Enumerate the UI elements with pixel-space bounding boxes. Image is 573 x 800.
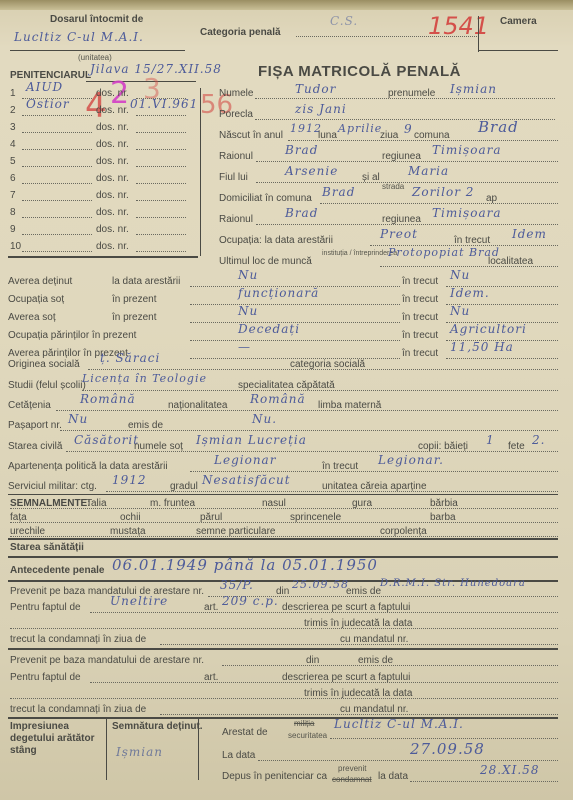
detail-trecut-value: 11,50 Ha [450, 340, 514, 354]
dosar-label: Dosarul întocmit de [50, 14, 143, 25]
document-title: FIȘA MATRICOLĂ PENALĂ [258, 63, 461, 80]
m1-art-value: 209 c.p. [222, 594, 279, 608]
dosar-row-num: 9 [10, 224, 16, 235]
domiciliat-value: Brad [322, 185, 355, 199]
raionul-value: Brad [285, 143, 318, 157]
depus-data-label: la data [378, 771, 408, 782]
numele-label: Numele [219, 88, 253, 99]
detail-trecut-value: Nu [450, 304, 470, 318]
unitatea-label: (unitatea) [78, 53, 112, 62]
militia-label: miliția [294, 719, 314, 728]
impresiunea-label: Impresiunea degetului arătător stâng [10, 721, 102, 757]
ocupatia-value: Preot [380, 227, 418, 241]
numele-sot-value: Ișmian Lucreția [196, 433, 307, 447]
detail-label: Ocupația soț [8, 294, 64, 305]
categoria-value: C.S. [330, 14, 358, 28]
comuna-value: Brad [478, 118, 519, 136]
dosar-row-label: dos. nr. [96, 173, 129, 184]
cetatenia-label: Cetățenia [8, 400, 51, 411]
dosar-row-num: 2 [10, 105, 16, 116]
securitatea-label: securitatea [288, 731, 327, 740]
strada-label: strada [382, 182, 404, 191]
sanatate-label: Starea sănătății [10, 542, 84, 553]
strada-value: Zorilor 2 [412, 185, 474, 199]
m1-din-value: 25.09.58 [292, 578, 349, 591]
antecedente-label: Antecedente penale [10, 565, 104, 576]
detail-trecut-label: în trecut [402, 312, 438, 323]
ultimul-loc-value: Protopopiat Brad [388, 246, 500, 259]
dosar-row-num: 10 [10, 241, 21, 252]
detail-trecut-label: în trecut [402, 276, 438, 287]
pasaport-value: Nu [68, 412, 88, 426]
la-data-value: 27.09.58 [410, 740, 485, 758]
dosar-value: Lucltiz C-ul M.A.I. [14, 30, 144, 44]
la-data-label: La data [222, 750, 255, 761]
detail-trecut-label: în trecut [402, 330, 438, 341]
antecedente-value: 06.01.1949 până la 05.01.1950 [112, 556, 378, 574]
dosar-row-value: 01.VI.961 [130, 97, 198, 111]
semnatura-label: Semnătura deținut. [112, 721, 203, 732]
fiul-label: Fiul lui [219, 172, 248, 183]
dosar-row-num: 7 [10, 190, 16, 201]
si-al-value: Maria [408, 164, 449, 178]
detail-mid-label: în prezent [112, 294, 156, 305]
detail-value: — [238, 340, 251, 354]
stamp-number: 1541 [428, 12, 489, 40]
porecla-label: Porecla [219, 109, 253, 120]
luna-value: Aprilie [338, 122, 382, 135]
dosare-divider [200, 88, 201, 256]
m1-faptul-label: Pentru faptul de [10, 602, 81, 613]
dosar-row-label: dos. nr. [96, 156, 129, 167]
cetatenia-value: Română [80, 392, 136, 406]
m2-prevenit-label: Prevenit pe baza mandatului de arestare … [10, 655, 204, 666]
regiunea2-value: Timișoara [432, 206, 502, 220]
detail-label: Averea deținut [8, 276, 72, 287]
detail-label: Averea soț [8, 312, 56, 323]
politica-value: Legionar [214, 453, 276, 467]
fiul-value: Arsenie [285, 164, 338, 178]
m2-faptul-label: Pentru faptul de [10, 672, 81, 683]
dosar-row-label: dos. nr. [96, 105, 129, 116]
detail-value: Decedați [238, 322, 300, 336]
detail-value: Nu [238, 268, 258, 282]
dosar-row-num: 4 [10, 139, 16, 150]
m1-trecut-label: trecut la condamnați în ziua de [10, 634, 146, 645]
dosar-row-label: dos. nr. [96, 88, 129, 99]
militar-ctg: 1912 [112, 473, 147, 487]
ocupatia-label: Ocupația: la data arestării [219, 235, 333, 246]
origine-label: Originea socială [8, 359, 80, 370]
numele-value: Tudor [295, 82, 336, 96]
fete-value: 2. [532, 433, 545, 447]
dosar-row-label: dos. nr. [96, 241, 129, 252]
raionul2-value: Brad [285, 206, 318, 220]
dosar-row-place: AIUD [26, 80, 63, 94]
dosar-row-num: 6 [10, 173, 16, 184]
detail-trecut-label: în trecut [402, 348, 438, 359]
dosar-row-num: 8 [10, 207, 16, 218]
dosar-row-label: dos. nr. [96, 190, 129, 201]
raionul2-label: Raionul [219, 214, 253, 225]
raionul-label: Raionul [219, 151, 253, 162]
prenumele-label: prenumele [388, 88, 435, 99]
politica-label: Apartenența politică la data arestării [8, 461, 168, 472]
militar-label: Serviciul militar: ctg. [8, 481, 97, 492]
semnatura-value: Ișmian [116, 745, 163, 759]
detail-label: Ocupația părinților în prezent [8, 330, 136, 341]
origine-value: ț. Săraci [100, 351, 160, 365]
dosar-row-num: 1 [10, 88, 16, 99]
emis-value: Nu. [252, 412, 277, 426]
dosar-row-num: 3 [10, 122, 16, 133]
detail-trecut-value: Idem. [450, 286, 490, 300]
detail-mid-label: în prezent [112, 312, 156, 323]
dosar-rule [10, 50, 185, 51]
dosar-row-num: 5 [10, 156, 16, 167]
nascut-label: Născut în anul [219, 130, 283, 141]
m2-trecut-label: trecut la condamnați în ziua de [10, 704, 146, 715]
m1-emis-value: D.R.M.I. Str. Hunedoara [380, 578, 526, 589]
dosar-row-label: dos. nr. [96, 122, 129, 133]
condamnat-label: condamnat [332, 775, 372, 784]
depus-label: Depus în penitenciar ca [222, 771, 327, 782]
gradul-value: Nesatisfăcut [202, 473, 291, 487]
detail-mid-label: la data arestării [112, 276, 180, 287]
civila-label: Starea civilă [8, 441, 62, 452]
dosar-row-label: dos. nr. [96, 207, 129, 218]
institutia-label: instituția / întreprinderea [322, 250, 397, 257]
detail-trecut-value: Nu [450, 268, 470, 282]
arestat-label: Arestat de [222, 727, 268, 738]
m1-prevenit-label: Prevenit pe baza mandatului de arestare … [10, 586, 204, 597]
studii-value: Licența în Teologie [82, 372, 207, 385]
depus-data-value: 28.XI.58 [480, 763, 539, 777]
arestat-value: Lucltiz C-ul M.A.I. [334, 717, 464, 731]
ocupatia-trecut-value: Idem [512, 227, 547, 241]
porecla-value: zis Jani [295, 102, 347, 116]
detail-trecut-value: Agricultori [450, 322, 527, 336]
prevenit-label: prevenit [338, 764, 366, 773]
detail-trecut-label: în trecut [402, 294, 438, 305]
detail-value: funcționară [238, 286, 319, 300]
m1-nr-value: 35/P. [220, 578, 254, 592]
politica-trecut-value: Legionar. [378, 453, 444, 467]
nationalitatea-value: Română [250, 392, 306, 406]
ziua-value: 9 [404, 122, 413, 136]
detail-value: Nu [238, 304, 258, 318]
civila-value: Căsătorit [74, 433, 139, 447]
m1-faptul-value: Uneltire [110, 594, 168, 608]
dosar-row-place: Ostior [26, 97, 70, 111]
baieti-value: 1 [486, 433, 495, 447]
page-top-edge [0, 0, 573, 10]
regiunea-value: Timișoara [432, 143, 502, 157]
dosar-row-label: dos. nr. [96, 224, 129, 235]
categoria-label: Categoria penală [200, 27, 281, 38]
pasaport-label: Pașaport nr. [8, 420, 62, 431]
ultimul-loc-label: Ultimul loc de muncă [219, 256, 312, 267]
dosar-row-label: dos. nr. [96, 139, 129, 150]
camera-label: Camera [500, 16, 537, 27]
domiciliat-label: Domiciliat în comuna [219, 193, 312, 204]
studii-label: Studii (felul școlii) [8, 380, 86, 391]
prenumele-value: Ișmian [450, 82, 497, 96]
